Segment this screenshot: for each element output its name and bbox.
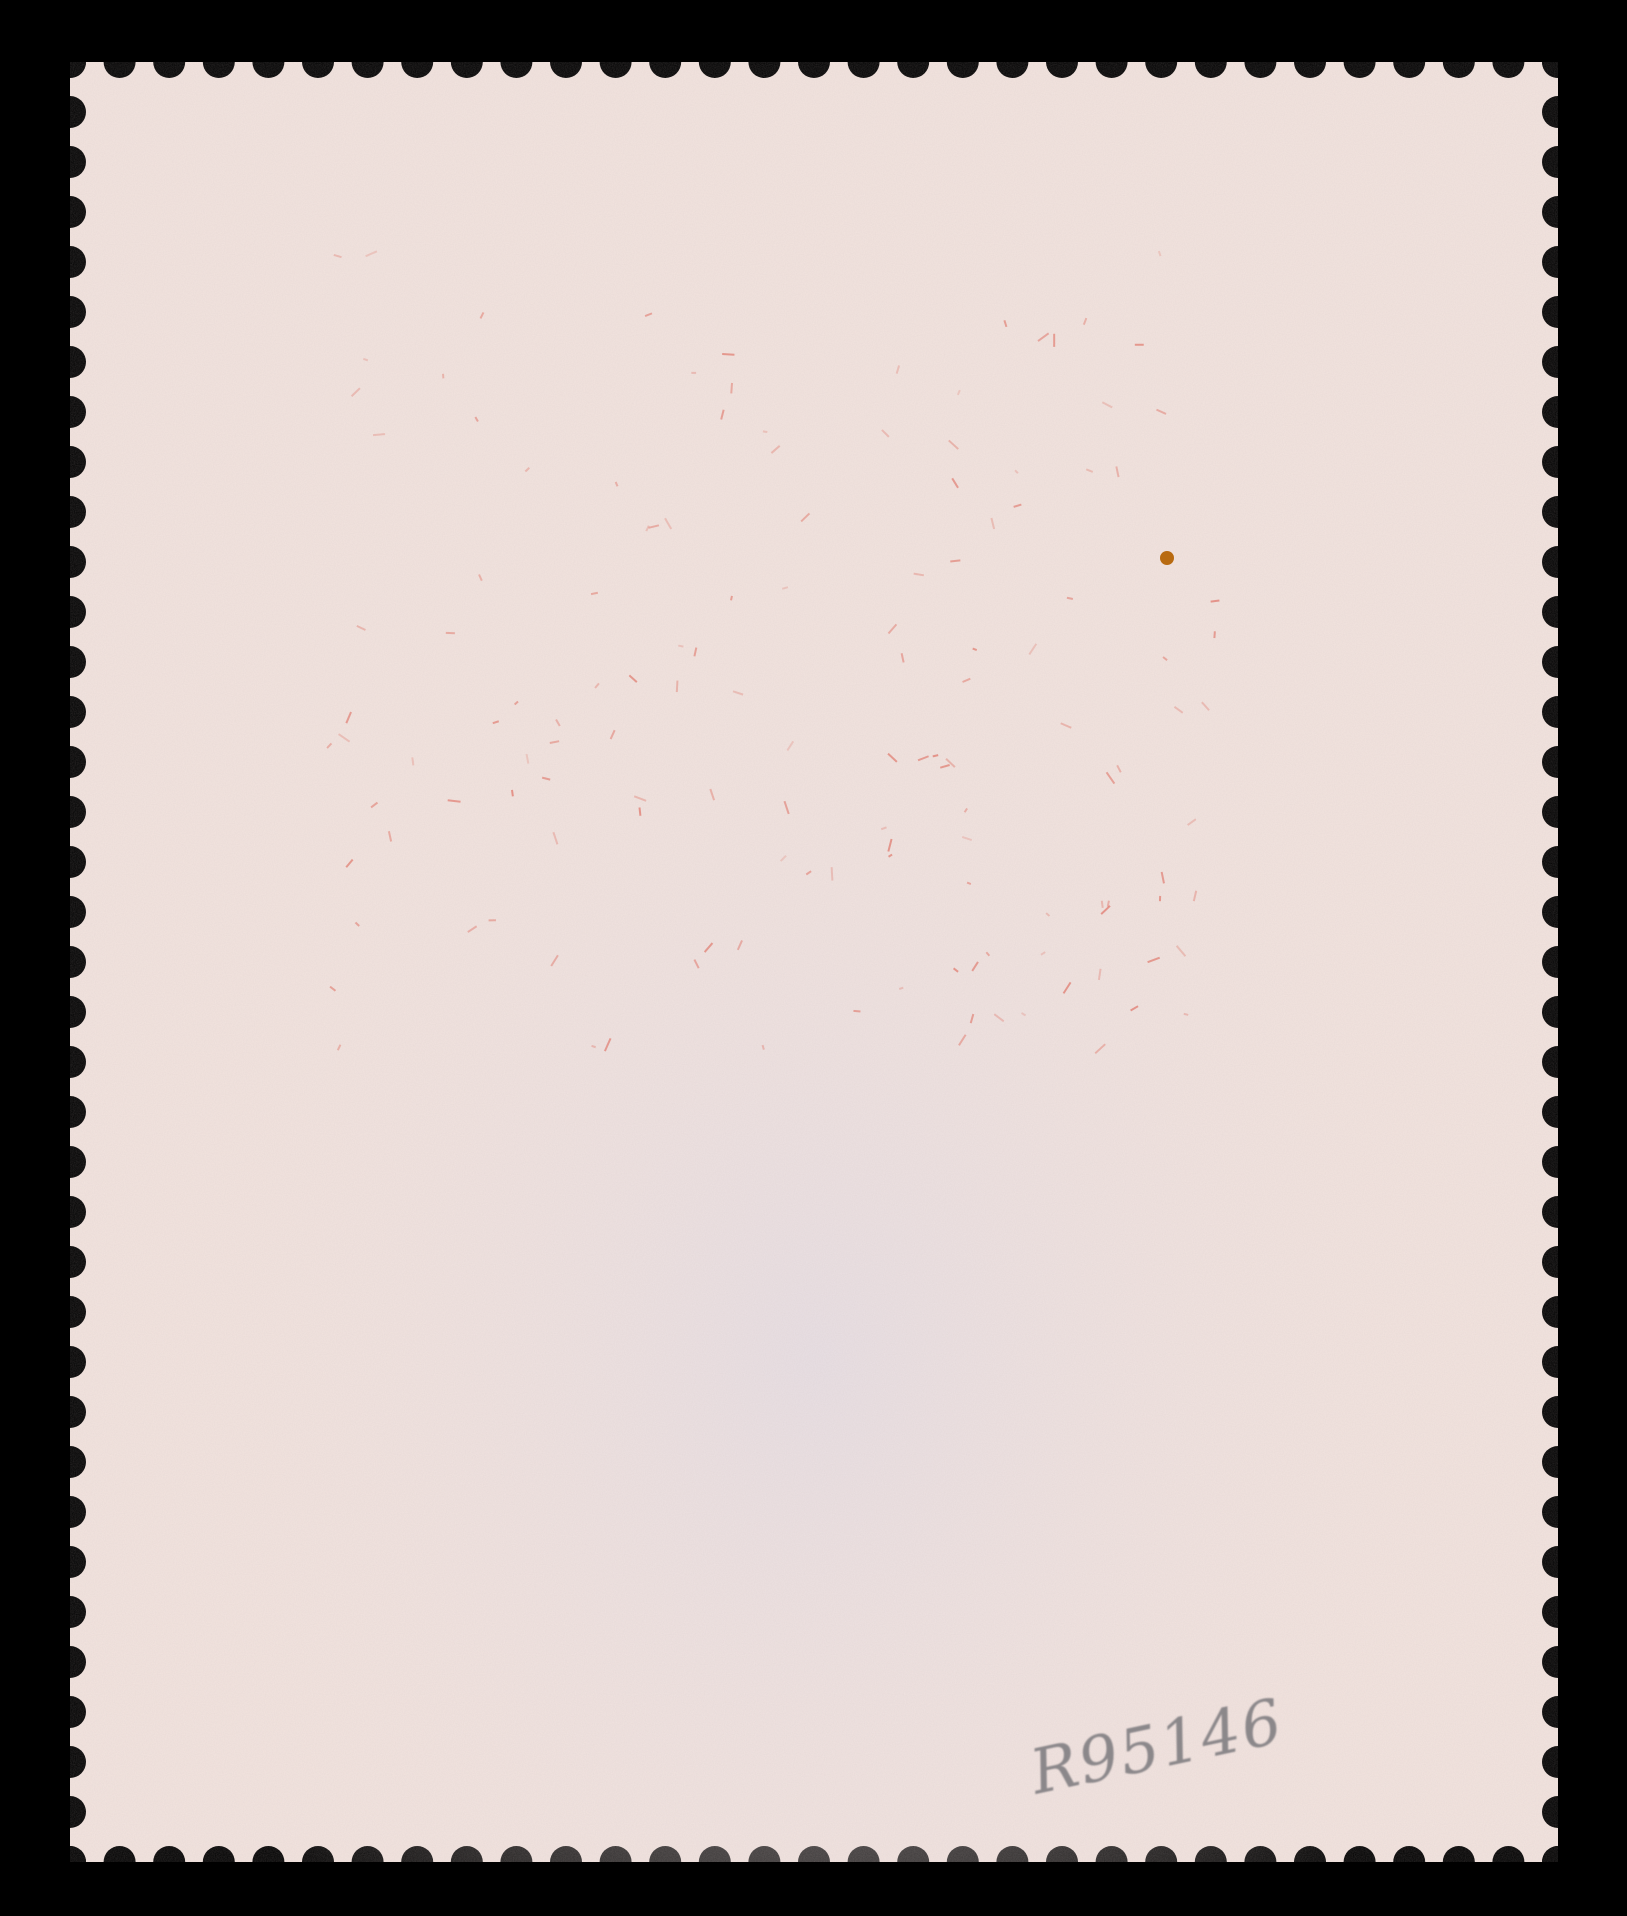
stamp-paper (54, 46, 1574, 1878)
stamp-back-scene (0, 0, 1627, 1916)
orange-spot (1160, 551, 1174, 565)
